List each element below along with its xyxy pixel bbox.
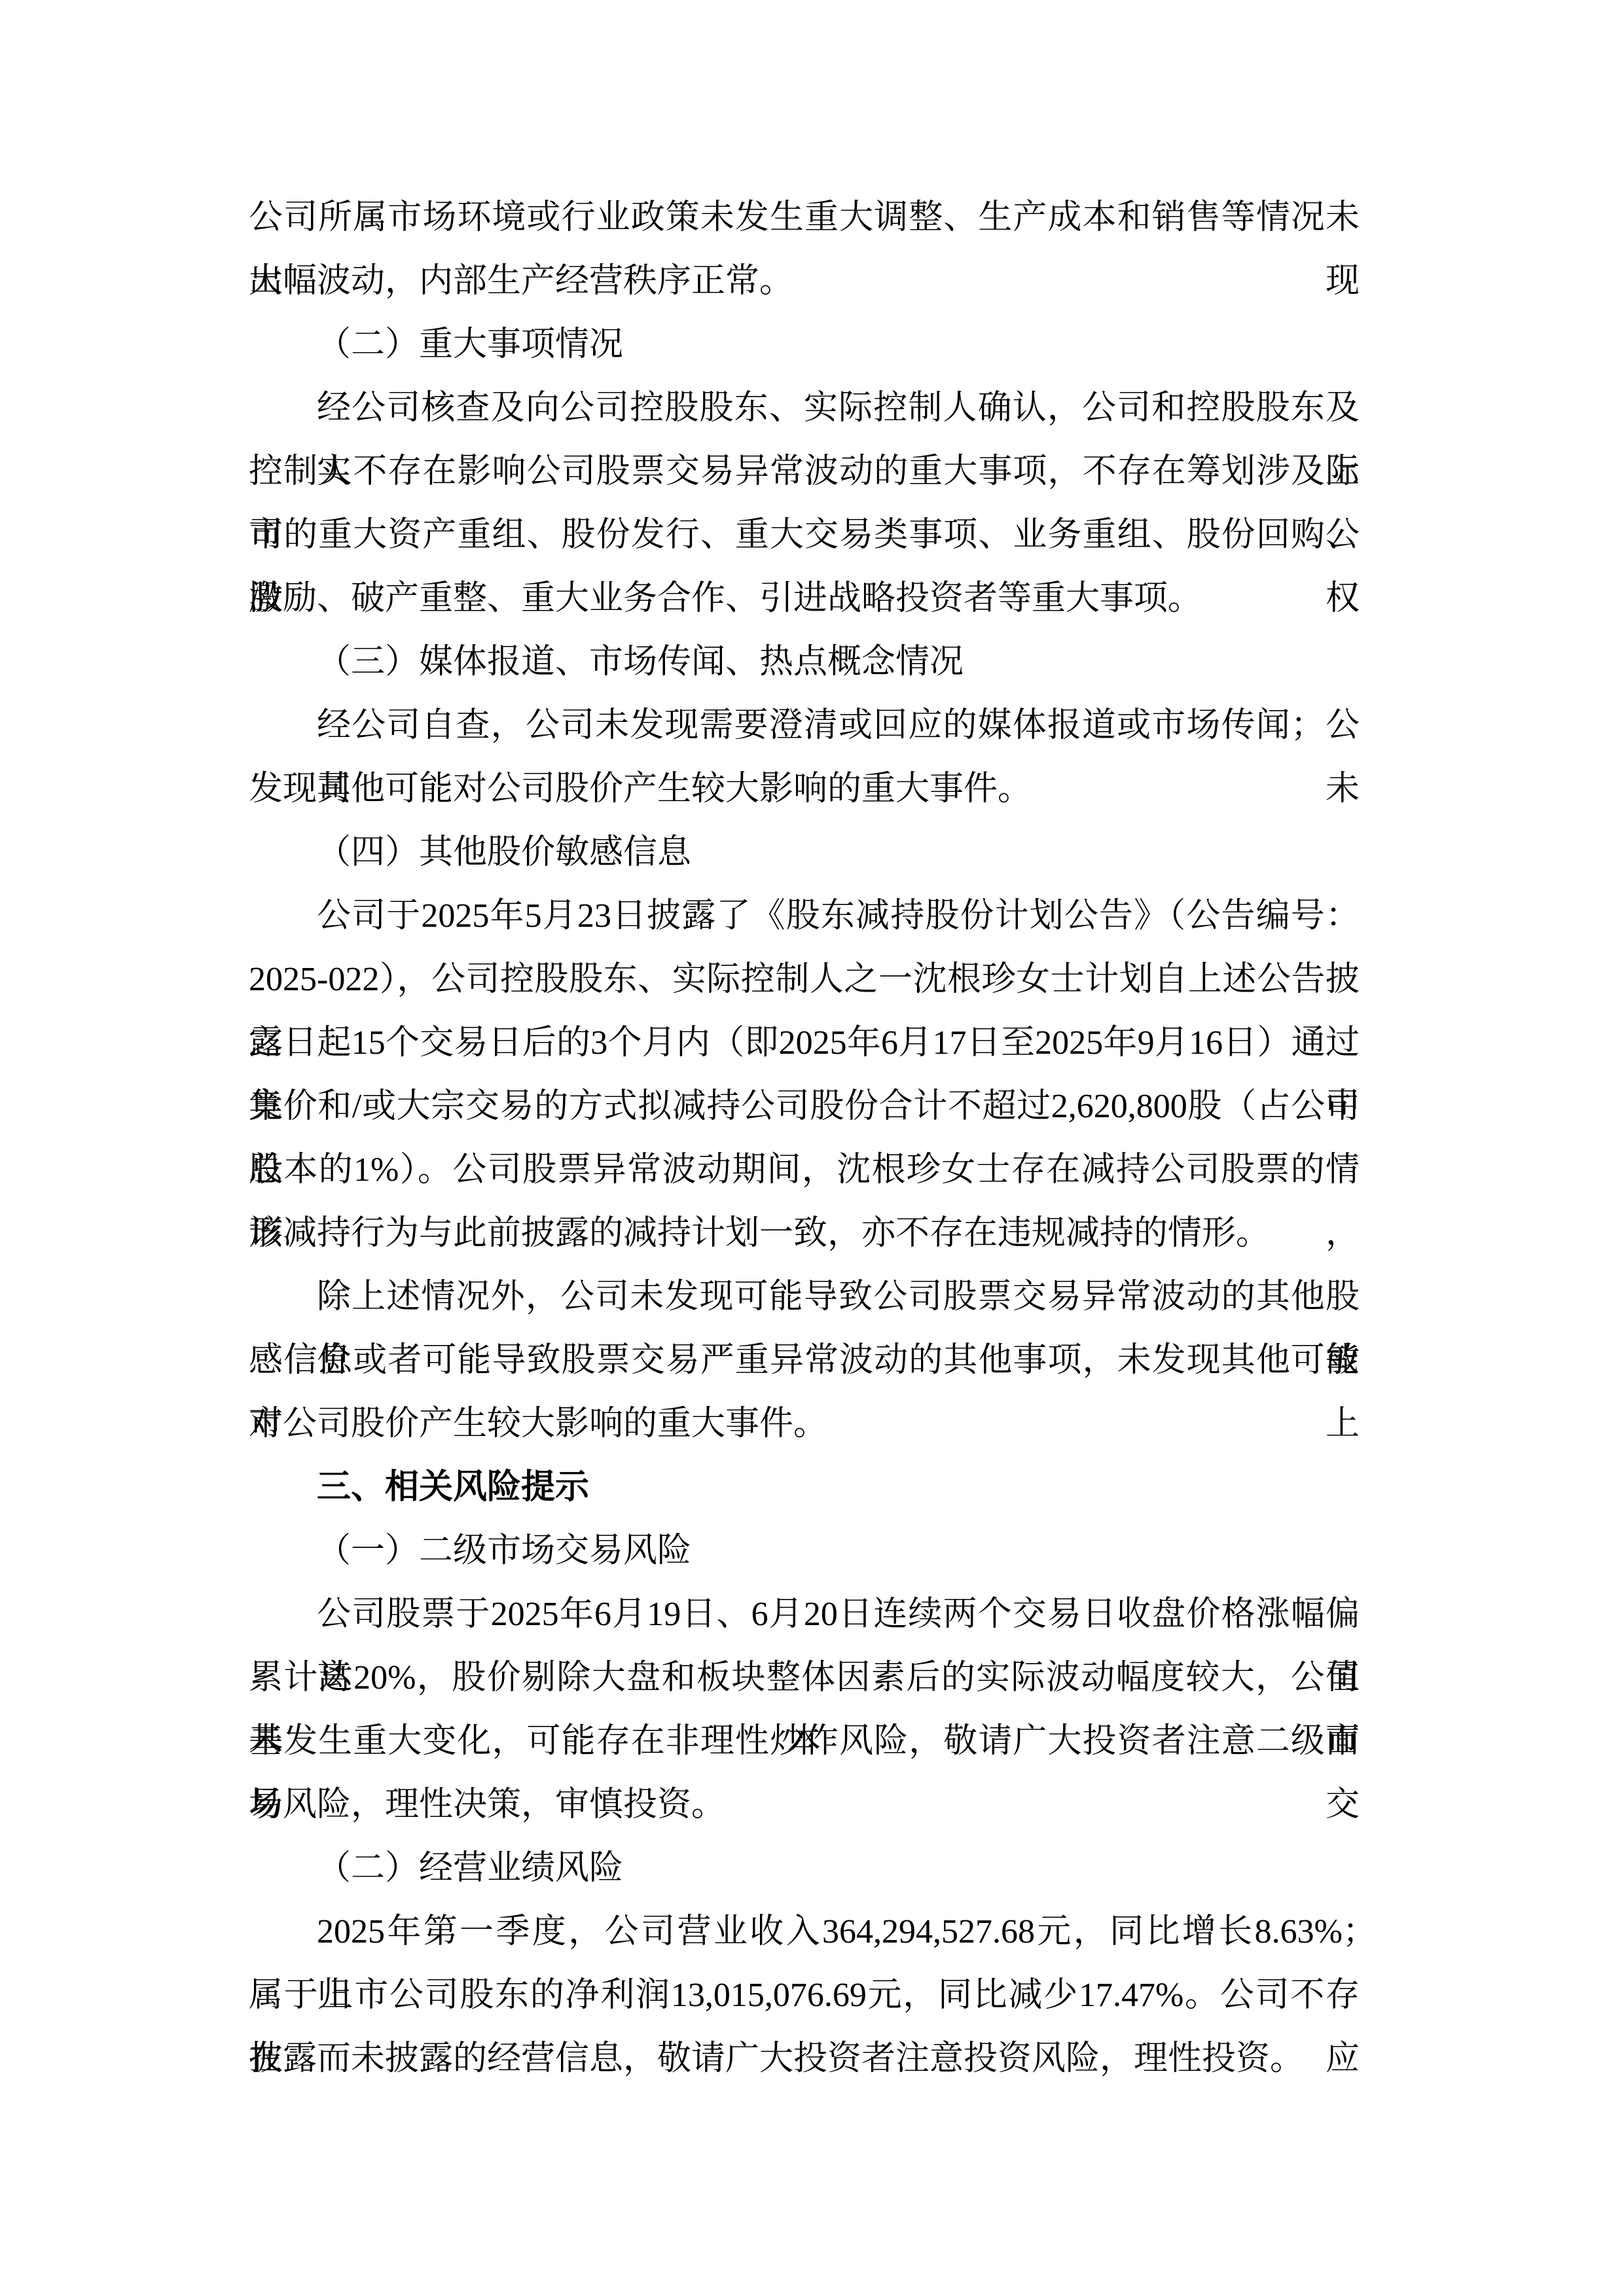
text-line: 控制人不存在影响公司股票交易异常波动的重大事项，不存在筹划涉及上市公 — [249, 440, 1360, 503]
section-heading-line: 三、相关风险提示 — [249, 1456, 1360, 1519]
text-line: 感信息或者可能导致股票交易严重异常波动的其他事项，未发现其他可能对上 — [249, 1329, 1360, 1392]
text-line: 累计达20%，股价剔除大盘和板块整体因素后的实际波动幅度较大，公司基本面 — [249, 1646, 1360, 1710]
text-line: 未发生重大变化，可能存在非理性炒作风险，敬请广大投资者注意二级市场交 — [249, 1710, 1360, 1773]
text-line: 该减持行为与此前披露的减持计划一致，亦不存在违规减持的情形。 — [249, 1202, 1360, 1265]
text-line: 激励、破产重整、重大业务合作、引进战略投资者等重大事项。 — [249, 567, 1360, 630]
document-content: 公司所属市场环境或行业政策未发生重大调整、生产成本和销售等情况未出现大幅波动，内… — [249, 186, 1360, 2090]
text-line: 披露而未披露的经营信息，敬请广大投资者注意投资风险，理性投资。 — [249, 2027, 1360, 2090]
text-line: 公司于2025年5月23日披露了《股东减持股份计划公告》（公告编号： — [249, 884, 1360, 948]
document-page: 公司所属市场环境或行业政策未发生重大调整、生产成本和销售等情况未出现大幅波动，内… — [0, 0, 1624, 2296]
text-line: 竞价和/或大宗交易的方式拟减持公司股份合计不超过2,620,800股（占公司总 — [249, 1075, 1360, 1138]
text-line: （二）重大事项情况 — [249, 313, 1360, 376]
text-line: 公司股票于2025年6月19日、6月20日连续两个交易日收盘价格涨幅偏离值 — [249, 1583, 1360, 1646]
text-line: 公司所属市场环境或行业政策未发生重大调整、生产成本和销售等情况未出现 — [249, 186, 1360, 249]
text-line: 司的重大资产重组、股份发行、重大交易类事项、业务重组、股份回购、股权 — [249, 503, 1360, 567]
text-line: （二）经营业绩风险 — [249, 1837, 1360, 1900]
text-line: 2025-022），公司控股股东、实际控制人之一沈根珍女士计划自上述公告披露 — [249, 948, 1360, 1011]
text-line: 属于上市公司股东的净利润13,015,076.69元，同比减少17.47%。公司… — [249, 1964, 1360, 2027]
text-line: 之日起15个交易日后的3个月内（即2025年6月17日至2025年9月16日）通… — [249, 1011, 1360, 1075]
text-line: 经公司核查及向公司控股股东、实际控制人确认，公司和控股股东及实际 — [249, 376, 1360, 440]
text-line: （三）媒体报道、市场传闻、热点概念情况 — [249, 630, 1360, 694]
text-line: （四）其他股价敏感信息 — [249, 821, 1360, 884]
text-line: 2025年第一季度，公司营业收入364,294,527.68元，同比增长8.63… — [249, 1900, 1360, 1964]
text-line: 股本的1%）。公司股票异常波动期间，沈根珍女士存在减持公司股票的情形， — [249, 1138, 1360, 1202]
text-line: 除上述情况外，公司未发现可能导致公司股票交易异常波动的其他股价敏 — [249, 1265, 1360, 1329]
text-line: （一）二级市场交易风险 — [249, 1519, 1360, 1583]
text-line: 经公司自查，公司未发现需要澄清或回应的媒体报道或市场传闻；公司未 — [249, 694, 1360, 757]
